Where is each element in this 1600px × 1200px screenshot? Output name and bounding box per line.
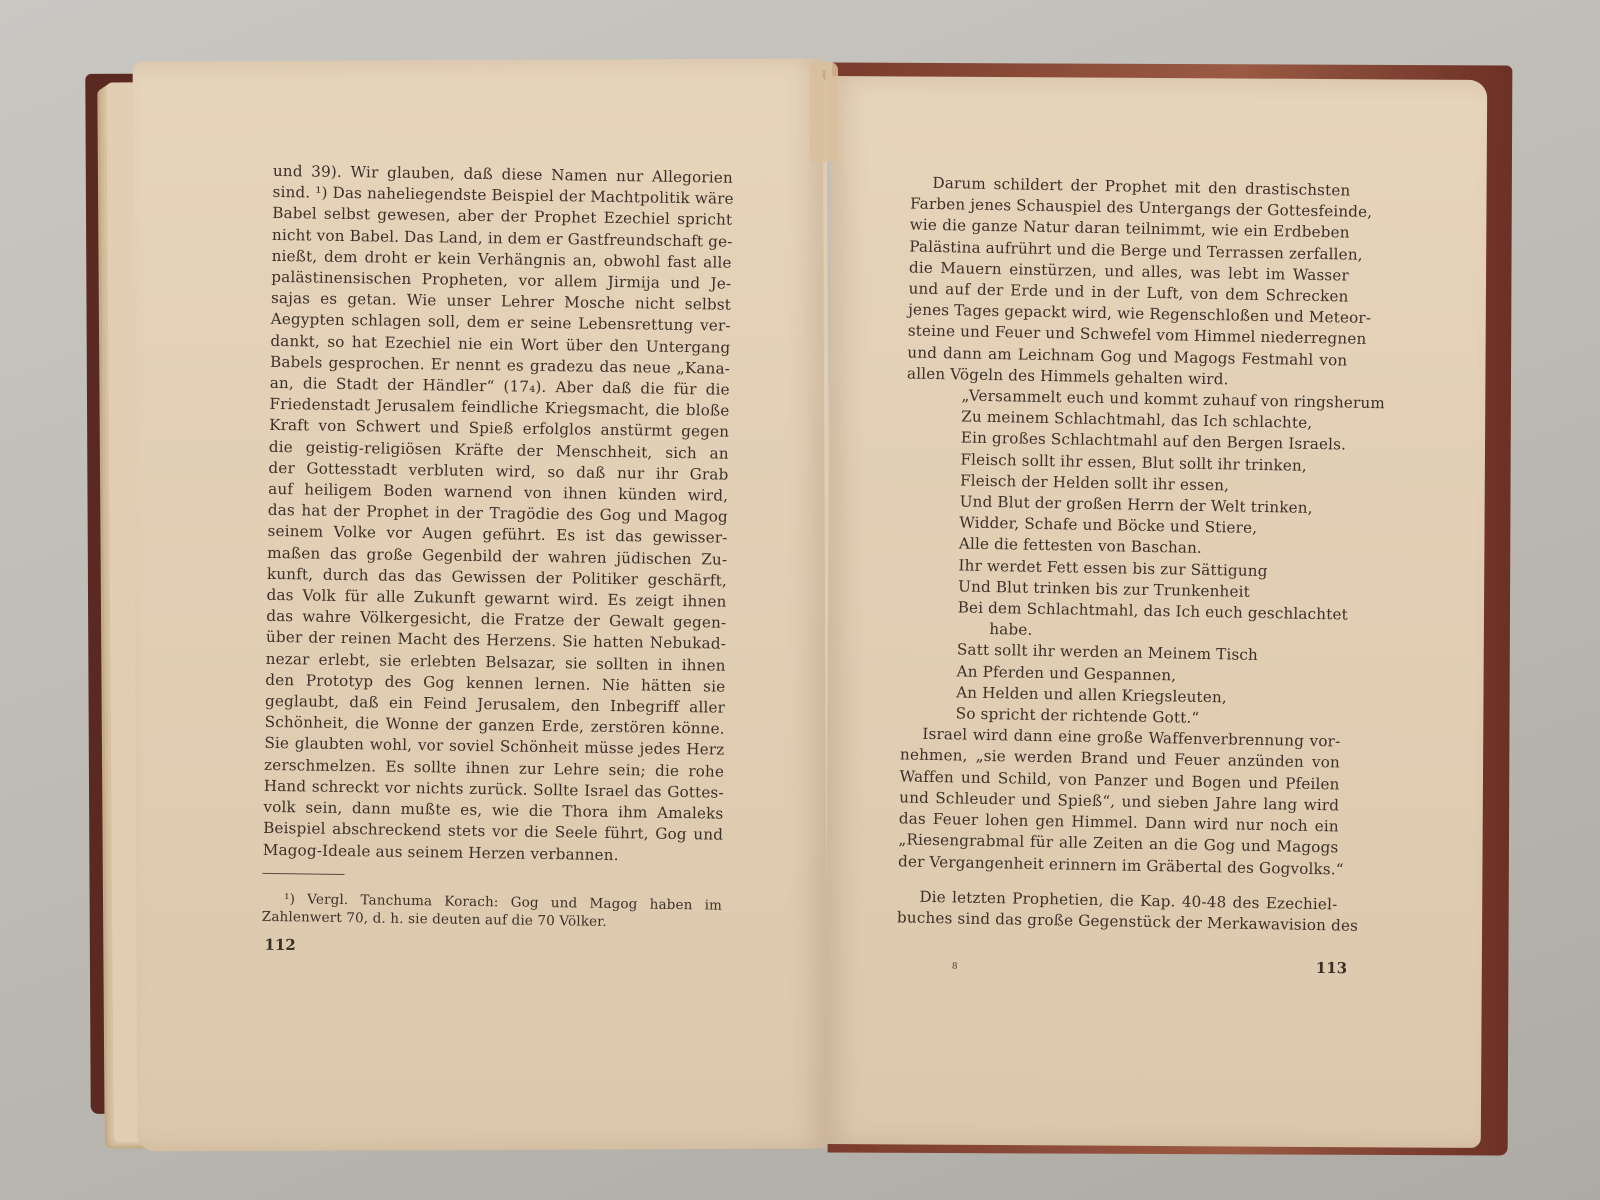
left-page-body: und 39). Wir glauben, daß diese Namen nu… xyxy=(262,161,733,932)
right-page-body: Darum schildert der Prophet mit den dras… xyxy=(897,172,1351,936)
left-page: und 39). Wir glauben, daß diese Namen nu… xyxy=(133,58,828,1151)
paper-tab-patch xyxy=(810,62,838,162)
photo-scene: und 39). Wir glauben, daß diese Namen nu… xyxy=(0,0,1600,1200)
verse-quote: „Versammelt euch und kommt zuhauf von ri… xyxy=(901,384,1347,731)
footnote: ¹) Vergl. Tanchuma Korach: Gog und Magog… xyxy=(262,890,722,933)
page-number-right: 113 xyxy=(1316,959,1347,977)
footnote-divider xyxy=(262,873,344,875)
signature-mark: 8 xyxy=(952,962,958,972)
right-page: Darum schildert der Prophet mit den dras… xyxy=(825,76,1488,1148)
page-number-left: 112 xyxy=(264,936,295,954)
